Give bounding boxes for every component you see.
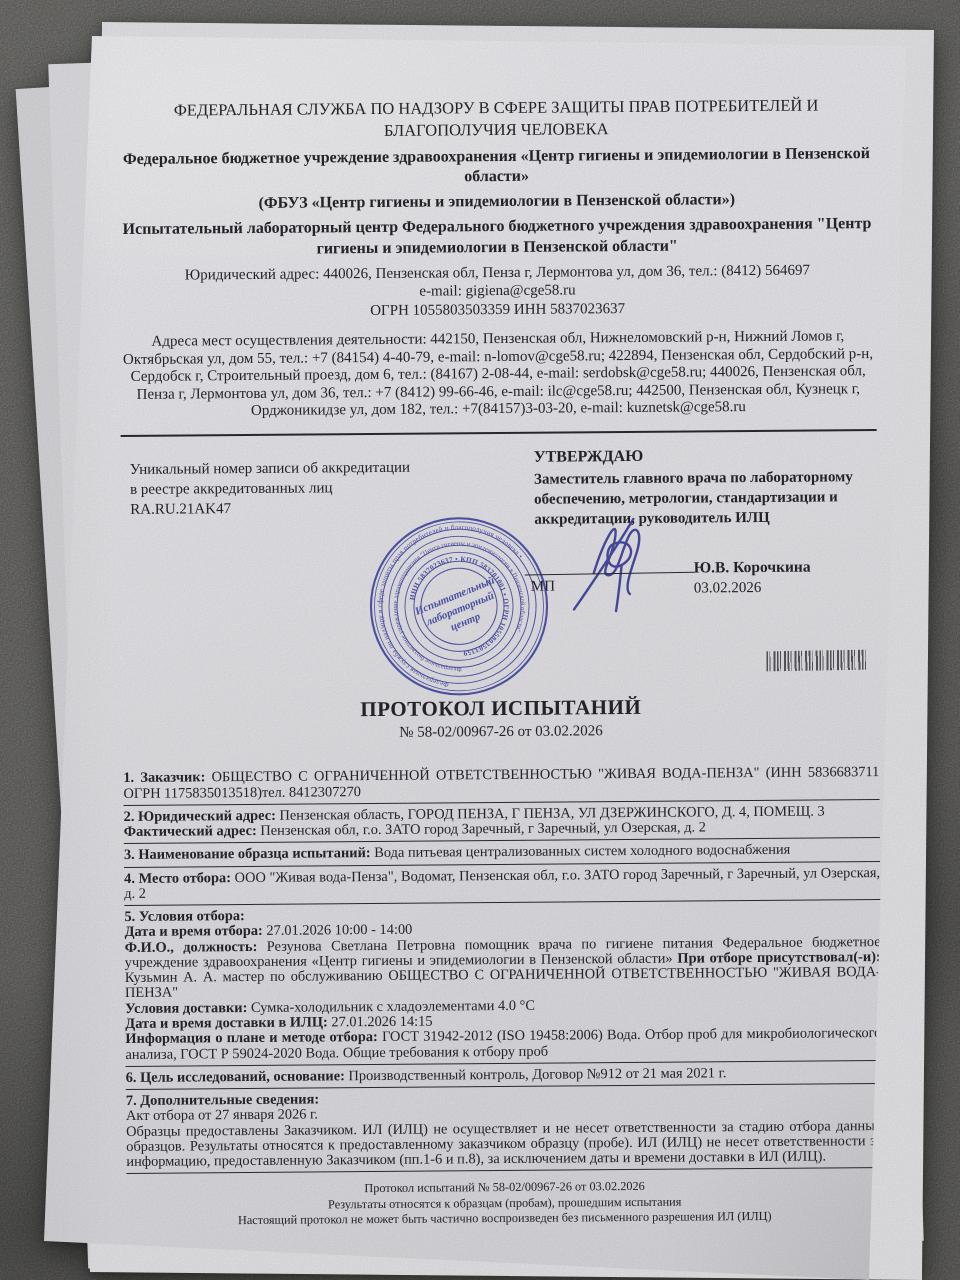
section-purpose: 6. Цель исследований, основание: Произво…: [126, 1065, 882, 1090]
purpose-value: Производственный контроль, Договор №912 …: [348, 1065, 726, 1084]
section-customer-value: ОБЩЕСТВО С ОГРАНИЧЕННОЙ ОТВЕТСТВЕННОСТЬЮ…: [123, 764, 879, 801]
section-additional-text: Образцы предоставлены Заказчиком. ИЛ (ИЛ…: [126, 1119, 882, 1175]
official-stamp-icon: Федеральная служба по надзору в сфере за…: [366, 514, 551, 699]
actual-address-value: Пензенская обл, г.о. ЗАТО город Заречный…: [260, 819, 706, 838]
sample-name-label: 3. Наименование образца испытаний:: [124, 845, 371, 863]
accreditation-line2: в реестре аккредитованных лиц: [130, 477, 460, 500]
org-name-full: Федеральное бюджетное учреждение здравоо…: [118, 144, 874, 192]
section-sampling-place: 4. Место отбора: ООО "Живая вода-Пенза",…: [124, 866, 880, 906]
section-customer-label: 1. Заказчик:: [123, 770, 205, 787]
section-sampling-method: Информация о плане и методе отбора: ГОСТ…: [125, 1026, 881, 1066]
page-footer: Протокол испытаний № 58-02/00967-26 от 0…: [127, 1177, 883, 1229]
sampling-place-value: ООО "Живая вода-Пенза", Водомат, Пензенс…: [124, 865, 880, 902]
disclaimer-text: Образцы предоставлены Заказчиком. ИЛ (ИЛ…: [126, 1119, 882, 1171]
agency-name: ФЕДЕРАЛЬНАЯ СЛУЖБА ПО НАДЗОРУ В СФЕРЕ ЗА…: [118, 94, 874, 143]
signature-icon: [563, 511, 664, 617]
protocol-sections: 1. Заказчик: ОБЩЕСТВО С ОГРАНИЧЕННОЙ ОТВ…: [123, 765, 882, 1174]
section-sample-name: 3. Наименование образца испытаний: Вода …: [124, 842, 880, 867]
barcode-icon: [766, 650, 868, 672]
approval-title: УТВЕРЖДАЮ: [534, 447, 644, 468]
sampler-row: Ф.И.О., должность: Резунова Светлана Пет…: [125, 935, 881, 1002]
sampling-place-label: 4. Место отбора:: [124, 870, 231, 887]
approval-zone: Уникальный номер записи об аккредитации …: [121, 431, 879, 690]
mp-label: МП: [531, 578, 555, 597]
document-content: ФЕДЕРАЛЬНАЯ СЛУЖБА ПО НАДЗОРУ В СФЕРЕ ЗА…: [118, 94, 883, 1229]
doc-header: ФЕДЕРАЛЬНАЯ СЛУЖБА ПО НАДЗОРУ В СФЕРЕ ЗА…: [118, 94, 877, 437]
paper-stack: ФЕДЕРАЛЬНАЯ СЛУЖБА ПО НАДЗОРУ В СФЕРЕ ЗА…: [0, 0, 960, 1280]
delivery-datetime-value: 27.01.2026 14:15: [331, 1014, 432, 1031]
org-name-short: (ФБУЗ «Центр гигиены и эпидемиологии в П…: [119, 189, 875, 216]
section-customer: 1. Заказчик: ОБЩЕСТВО С ОГРАНИЧЕННОЙ ОТВ…: [123, 765, 879, 805]
lab-center-name: Испытательный лабораторный центр Федерал…: [119, 214, 875, 262]
protocol-number: № 58-02/00967-26 от 03.02.2026: [123, 720, 879, 745]
sample-name-value: Вода питьевая централизованных систем хо…: [374, 842, 790, 861]
accreditation-line1: Уникальный номер записи об аккредитации: [130, 457, 460, 480]
activity-addresses: Адреса мест осуществления деятельности: …: [120, 328, 877, 422]
approver-name: Ю.В. Корочкина: [694, 557, 811, 577]
actual-address-label: Фактический адрес:: [124, 823, 257, 840]
section-addresses: 2. Юридический адрес: Пензенская область…: [124, 804, 880, 844]
accreditation-block: Уникальный номер записи об аккредитации …: [130, 457, 460, 520]
document-page: ФЕДЕРАЛЬНАЯ СЛУЖБА ПО НАДЗОРУ В СФЕРЕ ЗА…: [0, 0, 960, 1280]
approval-date: 03.02.2026: [694, 579, 762, 598]
purpose-label: 6. Цель исследований, основание:: [126, 1068, 345, 1086]
